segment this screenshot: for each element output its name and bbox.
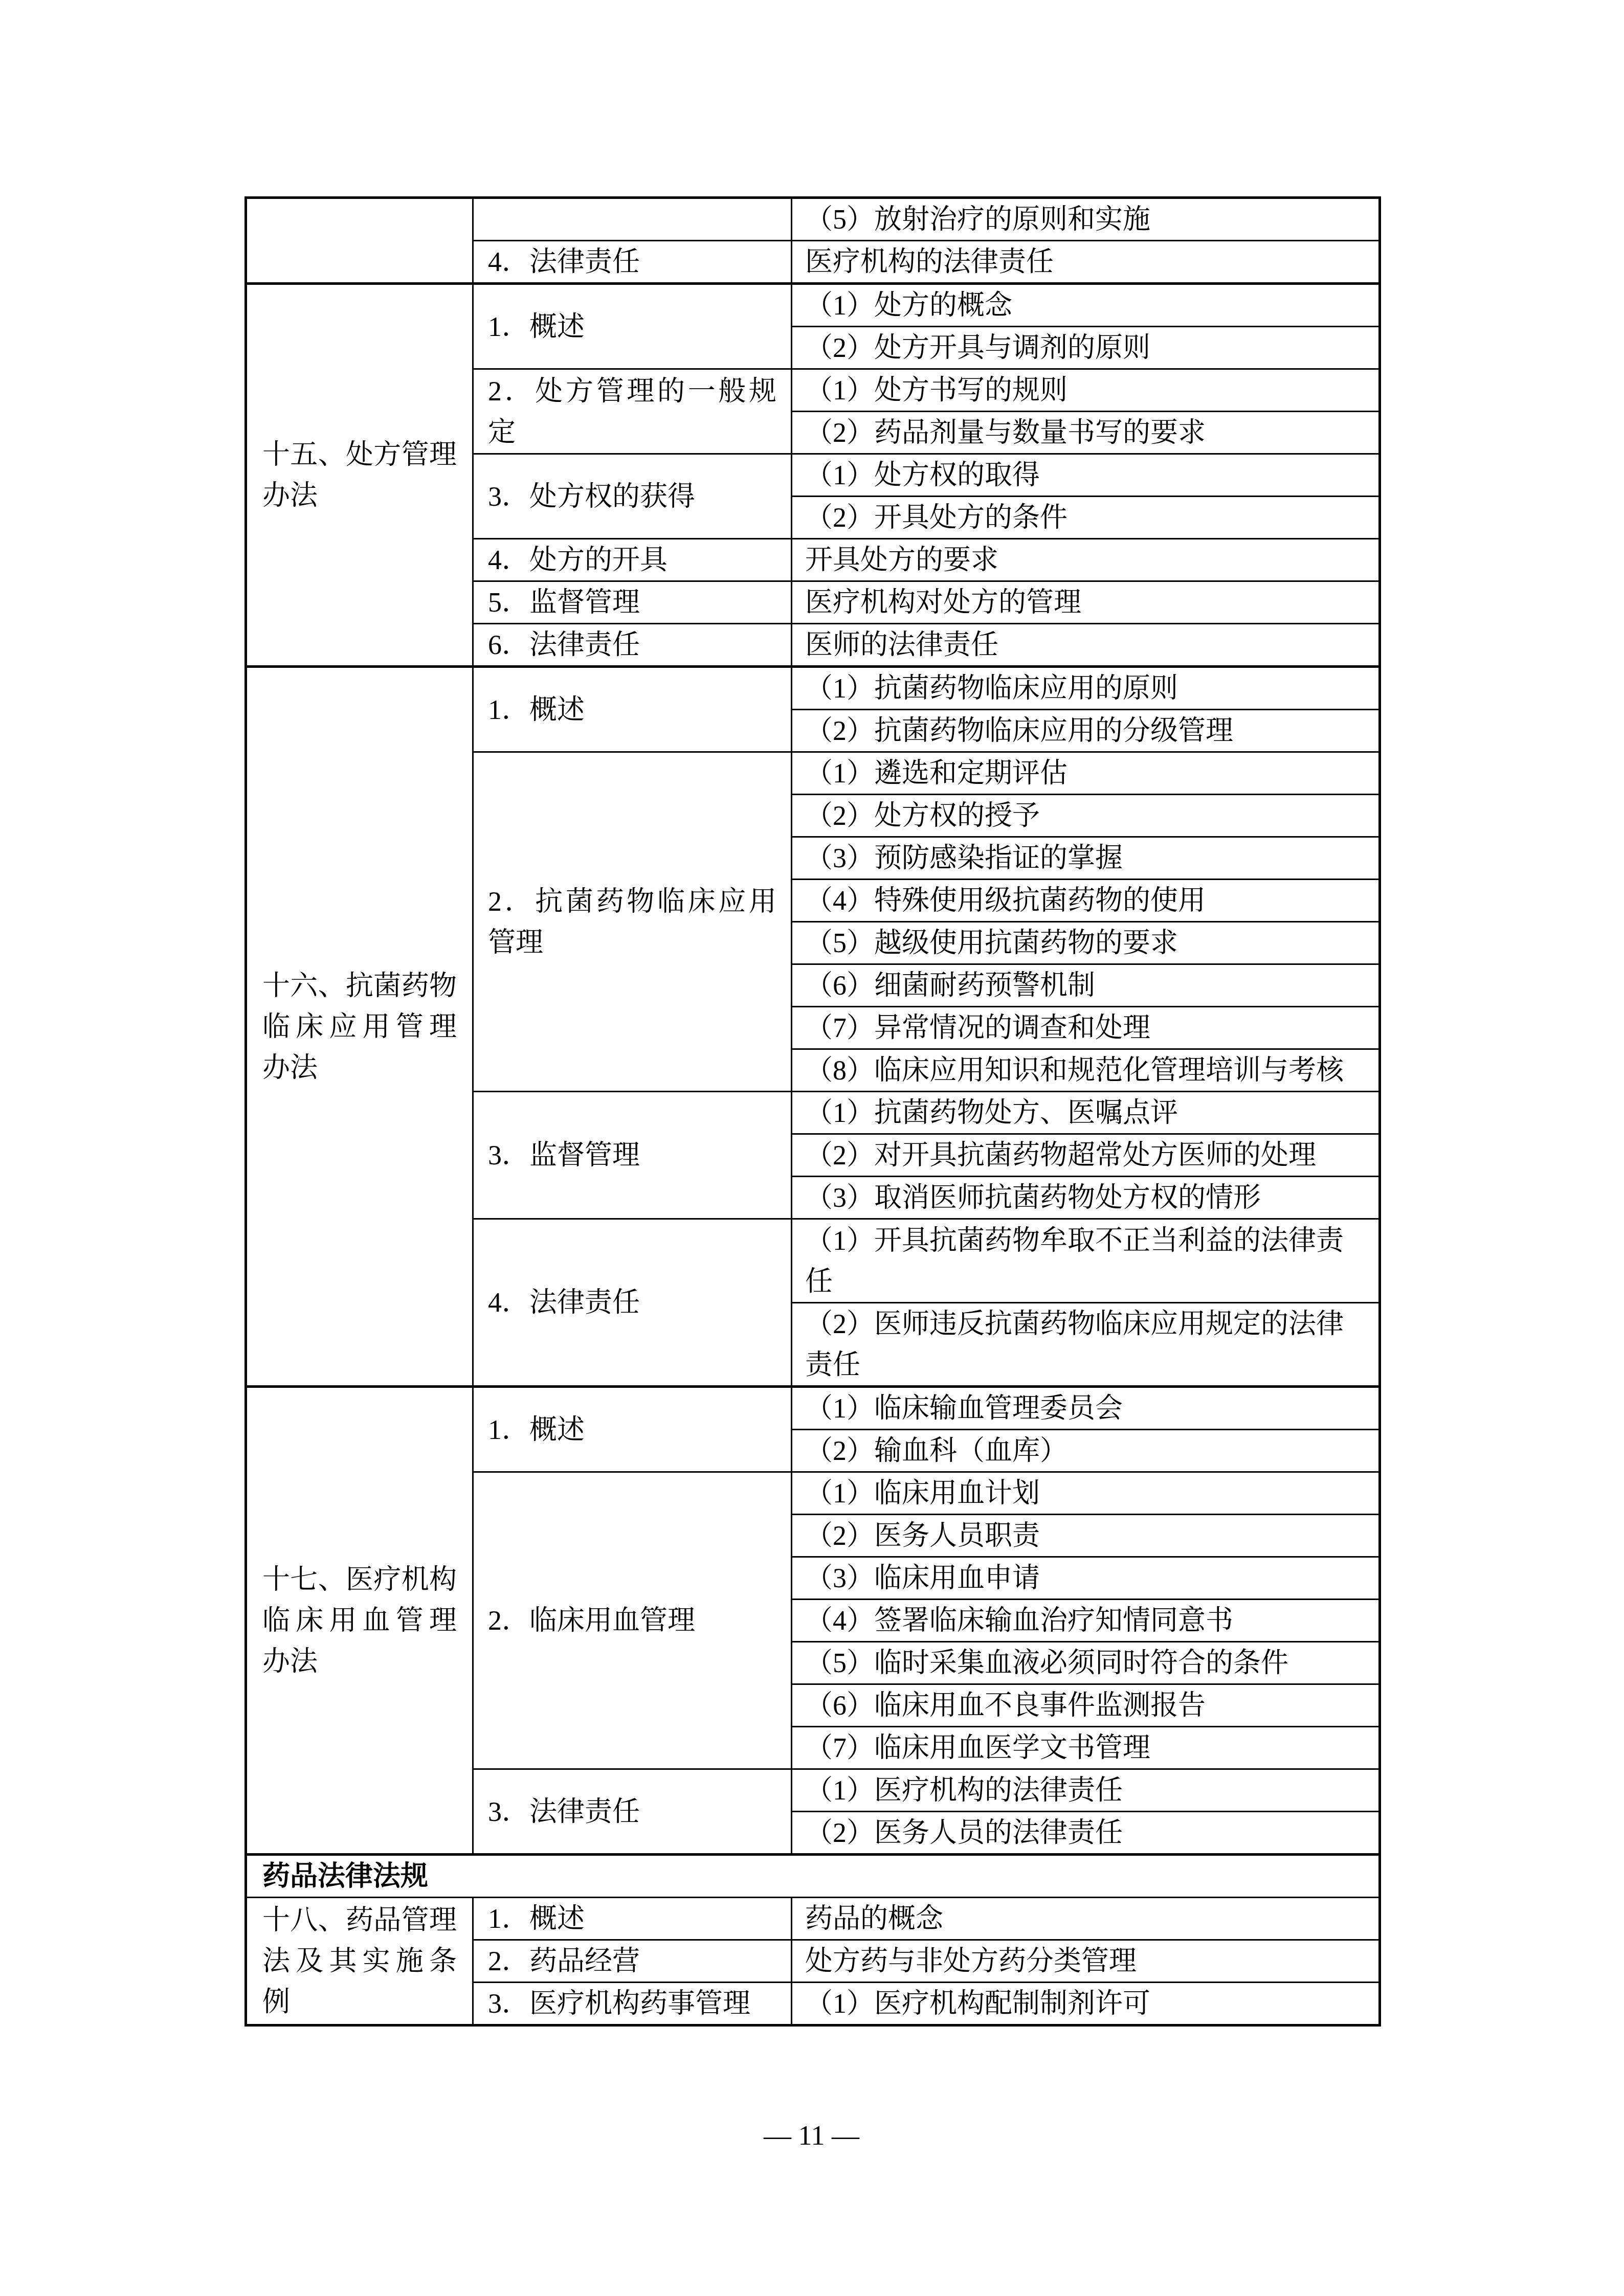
section-title-cell: 十八、药品管理法及其实施条例 xyxy=(246,1898,473,2025)
detail-item-cell: （4）特殊使用级抗菌药物的使用 xyxy=(792,880,1380,922)
detail-item-cell: 医疗机构的法律责任 xyxy=(792,241,1380,284)
detail-item-cell: （1）处方的概念 xyxy=(792,284,1380,327)
detail-item-cell: （6）临床用血不良事件监测报告 xyxy=(792,1684,1380,1727)
detail-item-cell: （2）开具处方的条件 xyxy=(792,497,1380,539)
detail-item-cell: （2）对开具抗菌药物超常处方医师的处理 xyxy=(792,1134,1380,1177)
detail-item-cell: （1）抗菌药物处方、医嘱点评 xyxy=(792,1092,1380,1134)
detail-item-cell: （2）处方权的授予 xyxy=(792,795,1380,837)
detail-item-cell: （1）医疗机构的法律责任 xyxy=(792,1769,1380,1812)
unit-label-cell: 2．临床用血管理 xyxy=(473,1472,792,1769)
detail-item-cell: （5）临时采集血液必须同时符合的条件 xyxy=(792,1642,1380,1684)
unit-label-cell: 2．处方管理的一般规定 xyxy=(473,369,792,454)
detail-item-cell: （3）临床用血申请 xyxy=(792,1557,1380,1600)
unit-label-cell: 6．法律责任 xyxy=(473,624,792,667)
detail-item-cell: 处方药与非处方药分类管理 xyxy=(792,1940,1380,1983)
section-title-cell: 十七、医疗机构临床用血管理办法 xyxy=(246,1387,473,1855)
unit-label-cell: 3．医疗机构药事管理 xyxy=(473,1983,792,2025)
unit-label-cell: 1．概述 xyxy=(473,1898,792,1940)
unit-label-cell: 4．处方的开具 xyxy=(473,539,792,581)
unit-label-cell: 1．概述 xyxy=(473,284,792,369)
detail-item-cell: （1）处方权的取得 xyxy=(792,454,1380,497)
detail-item-cell: （2）医师违反抗菌药物临床应用规定的法律责任 xyxy=(792,1303,1380,1387)
detail-item-cell: （2）医务人员职责 xyxy=(792,1515,1380,1557)
detail-item-cell: 医疗机构对处方的管理 xyxy=(792,581,1380,624)
unit-label-cell: 2．药品经营 xyxy=(473,1940,792,1983)
detail-item-cell: （2）抗菌药物临床应用的分级管理 xyxy=(792,710,1380,752)
unit-label-cell: 3．法律责任 xyxy=(473,1769,792,1855)
page-number: — 11 — xyxy=(244,2113,1378,2157)
detail-item-cell: （1）临床用血计划 xyxy=(792,1472,1380,1515)
detail-item-cell: （7）临床用血医学文书管理 xyxy=(792,1727,1380,1769)
detail-item-cell: （7）异常情况的调查和处理 xyxy=(792,1007,1380,1049)
detail-item-cell: （3）预防感染指证的掌握 xyxy=(792,837,1380,880)
unit-label-cell: 3．处方权的获得 xyxy=(473,454,792,539)
document-page: （5）放射治疗的原则和实施 4．法律责任 医疗机构的法律责任 十五、处方管理办法… xyxy=(0,0,1624,2296)
detail-item-cell: （1）开具抗菌药物牟取不正当利益的法律责任 xyxy=(792,1219,1380,1303)
unit-label-cell: 5．监督管理 xyxy=(473,581,792,624)
detail-item-cell: （5）放射治疗的原则和实施 xyxy=(792,198,1380,241)
detail-item-cell: 医师的法律责任 xyxy=(792,624,1380,667)
detail-item-cell: （5）越级使用抗菌药物的要求 xyxy=(792,922,1380,964)
detail-item-cell: （2）输血科（血库） xyxy=(792,1430,1380,1472)
section-title-cell-prev xyxy=(246,198,473,284)
detail-item-cell: （6）细菌耐药预警机制 xyxy=(792,964,1380,1007)
detail-item-cell: （1）遴选和定期评估 xyxy=(792,752,1380,795)
detail-item-cell: 开具处方的要求 xyxy=(792,539,1380,581)
unit-label-cell: 2．抗菌药物临床应用管理 xyxy=(473,752,792,1092)
detail-item-cell: （2）处方开具与调剂的原则 xyxy=(792,327,1380,369)
detail-item-cell: （1）抗菌药物临床应用的原则 xyxy=(792,667,1380,710)
detail-item-cell: （4）签署临床输血治疗知情同意书 xyxy=(792,1600,1380,1642)
detail-item-cell: （2）医务人员的法律责任 xyxy=(792,1812,1380,1855)
syllabus-table: （5）放射治疗的原则和实施 4．法律责任 医疗机构的法律责任 十五、处方管理办法… xyxy=(244,196,1381,2027)
detail-item-cell: （1）医疗机构配制制剂许可 xyxy=(792,1983,1380,2025)
detail-item-cell: （8）临床应用知识和规范化管理培训与考核 xyxy=(792,1049,1380,1092)
unit-label-cell: 1．概述 xyxy=(473,1387,792,1472)
section-title-cell: 十六、抗菌药物临床应用管理办法 xyxy=(246,667,473,1387)
detail-item-cell: （1）临床输血管理委员会 xyxy=(792,1387,1380,1430)
unit-label-cell: 1．概述 xyxy=(473,667,792,752)
unit-label-cell: 4．法律责任 xyxy=(473,1219,792,1387)
detail-item-cell: （2）药品剂量与数量书写的要求 xyxy=(792,412,1380,454)
section-title-cell: 十五、处方管理办法 xyxy=(246,284,473,667)
category-header-cell: 药品法律法规 xyxy=(246,1855,1380,1898)
detail-item-cell: （1）处方书写的规则 xyxy=(792,369,1380,412)
unit-label-cell: 3．监督管理 xyxy=(473,1092,792,1219)
detail-item-cell: （3）取消医师抗菌药物处方权的情形 xyxy=(792,1177,1380,1219)
detail-item-cell: 药品的概念 xyxy=(792,1898,1380,1940)
unit-label-cell: 4．法律责任 xyxy=(473,241,792,284)
unit-label-cell xyxy=(473,198,792,241)
